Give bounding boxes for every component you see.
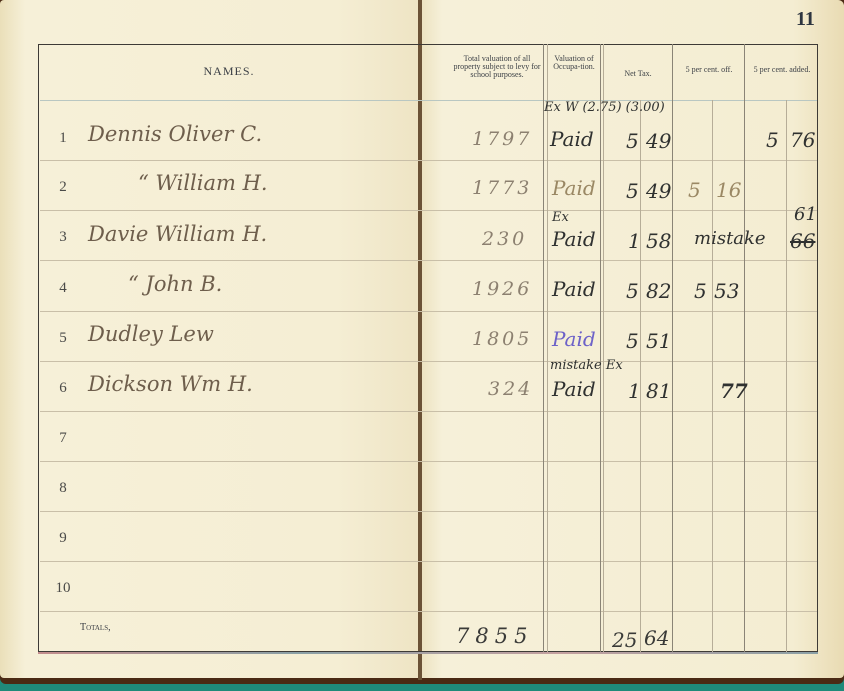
totals-valuation: 7855 — [456, 624, 533, 648]
name-cell: Dickson Wm H. — [88, 372, 253, 396]
paid-mark: Paid — [552, 176, 596, 200]
off-cents: 53 — [714, 279, 739, 303]
valuation-cell: 1773 — [472, 177, 532, 199]
header-names: NAMES. — [40, 64, 418, 79]
header-total-valuation: Total valuation of all property subject … — [452, 55, 542, 79]
net-tax-dollars: 5 — [626, 329, 639, 353]
off-dollars: 5 — [688, 178, 701, 202]
net-tax-cents: 82 — [646, 279, 671, 303]
row-rule — [40, 561, 817, 562]
net-tax-dollars: 1 — [628, 229, 641, 253]
valuation-cell: 230 — [482, 228, 527, 250]
paid-mark: Paid — [552, 377, 596, 401]
net-tax-cents: 81 — [646, 379, 671, 403]
row-rule — [40, 411, 817, 412]
row-number: 3 — [52, 229, 74, 246]
added-cents-struck: 66 — [790, 229, 815, 253]
occupation-note: Ex — [552, 210, 569, 225]
name-cell: Davie William H. — [88, 222, 267, 246]
column-line — [603, 44, 604, 652]
net-tax-cents: 49 — [646, 129, 671, 153]
off-cents: 16 — [716, 178, 741, 202]
row-rule — [40, 311, 817, 312]
column-line — [547, 44, 548, 652]
row-rule — [40, 511, 817, 512]
name-cell: “ William H. — [138, 171, 268, 195]
header-net-tax: Net Tax. — [604, 70, 672, 78]
row-rule — [40, 210, 817, 211]
column-line — [600, 44, 601, 652]
row-rule — [40, 461, 817, 462]
column-line — [543, 44, 544, 652]
bottom-rule — [38, 652, 818, 654]
cents-line — [786, 100, 787, 652]
header-valuation-occupation: Valuation of Occupa-tion. — [548, 55, 600, 71]
row-number: 10 — [52, 580, 74, 597]
totals-net-tax-dollars: 25 — [612, 628, 637, 652]
added-cents-corrected: 61 — [794, 204, 817, 225]
row-number: 8 — [52, 480, 74, 497]
page-number: 11 — [796, 8, 815, 31]
net-tax-dollars: 5 — [626, 179, 639, 203]
paid-mark: Paid — [552, 327, 596, 351]
row-number: 5 — [52, 330, 74, 347]
row-number: 6 — [52, 380, 74, 397]
off-cents: 77 — [720, 379, 748, 403]
net-tax-dollars: 5 — [626, 279, 639, 303]
net-tax-dollars: 1 — [628, 379, 641, 403]
header-divider — [40, 100, 817, 101]
row-number: 7 — [52, 430, 74, 447]
row-number: 1 — [52, 130, 74, 147]
name-cell: Dudley Lew — [88, 322, 214, 346]
row-number: 4 — [52, 280, 74, 297]
row-number: 2 — [52, 179, 74, 196]
net-tax-cents: 58 — [646, 229, 671, 253]
row-rule — [40, 611, 817, 612]
row-number: 9 — [52, 530, 74, 547]
cents-line — [712, 100, 713, 652]
paid-mark: Paid — [552, 277, 596, 301]
added-cents: 76 — [790, 128, 815, 152]
column-line — [672, 44, 673, 652]
column-line — [744, 44, 745, 652]
name-cell: Dennis Oliver C. — [88, 122, 262, 146]
paid-mark: Paid — [550, 127, 594, 151]
occupation-note: mistake Ex — [550, 358, 623, 373]
name-cell: “ John B. — [128, 272, 222, 296]
off-dollars: 5 — [694, 279, 707, 303]
cents-line — [640, 100, 641, 652]
net-tax-cents: 51 — [646, 329, 671, 353]
valuation-cell: 324 — [488, 378, 533, 400]
valuation-cell: 1926 — [472, 278, 532, 300]
paid-mark: Paid — [552, 227, 596, 251]
valuation-cell: 1805 — [472, 328, 532, 350]
valuation-cell: 1797 — [472, 128, 532, 150]
header-five-percent-off: 5 per cent. off. — [674, 66, 744, 74]
row-rule — [40, 361, 817, 362]
row-rule — [40, 160, 817, 161]
totals-label: Totals, — [80, 622, 111, 633]
occupation-note: Ex W (2.75) (3.00) — [544, 100, 665, 115]
totals-net-tax-cents: 64 — [644, 626, 669, 650]
header-five-percent-added: 5 per cent. added. — [746, 66, 818, 74]
net-tax-dollars: 5 — [626, 129, 639, 153]
mistake-note: mistake — [694, 228, 766, 249]
net-tax-cents: 49 — [646, 179, 671, 203]
row-rule — [40, 260, 817, 261]
added-dollars: 5 — [766, 128, 779, 152]
